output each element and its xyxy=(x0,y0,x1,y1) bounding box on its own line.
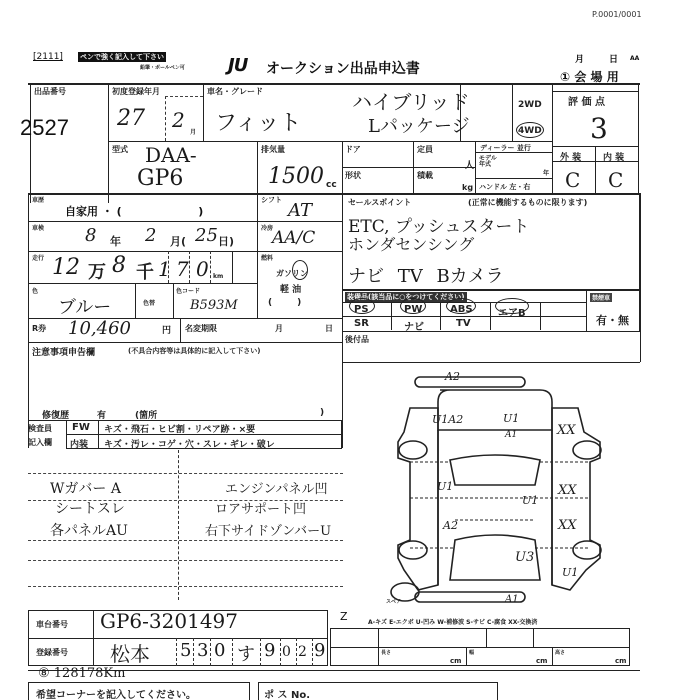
shape-label: 形状 xyxy=(345,170,361,181)
divider xyxy=(232,251,233,283)
color-label: 色 xyxy=(32,286,38,295)
height-cm: cm xyxy=(615,657,626,665)
divider xyxy=(296,638,297,666)
rule xyxy=(28,473,343,474)
chassis-number: GP6-3201497 xyxy=(100,609,238,633)
divider xyxy=(165,96,166,141)
damage-mark: U1 xyxy=(503,412,519,425)
plate-digit: 9 xyxy=(314,640,325,661)
divider xyxy=(533,628,534,647)
capacity-unit: 人 xyxy=(465,158,474,171)
inspector-label-1: 検査員 xyxy=(28,423,52,434)
grade-line1: ハイブリッド xyxy=(352,86,470,115)
month-unit: 月 xyxy=(190,127,196,136)
divider xyxy=(28,342,342,343)
divider xyxy=(280,638,281,666)
model-grade-label: 車名・グレード xyxy=(207,86,263,97)
inspector-label-2: 記入欄 xyxy=(28,437,52,448)
usage-label: 車歴 xyxy=(32,195,44,204)
divider xyxy=(257,141,258,193)
drive-2wd: 2WD xyxy=(518,100,542,110)
chassis-label: 車台番号 xyxy=(36,619,68,630)
divider xyxy=(210,251,211,283)
accessories-label: 後付品 xyxy=(345,334,369,345)
equip-ps-circle xyxy=(349,298,375,314)
fuel-gasoline-circle xyxy=(292,260,308,280)
fuel-other: ( ) xyxy=(268,298,301,308)
capacity-label: 定員 xyxy=(417,144,433,155)
smoking-value: 有・無 xyxy=(596,312,629,328)
note-left-2: シートスレ xyxy=(55,498,125,518)
sales-points-label: セールスポイント xyxy=(348,197,411,208)
fw-items: キズ・飛石・ヒビ割・リペア跡・×要 xyxy=(104,422,255,435)
location-close: ) xyxy=(320,408,324,418)
handle-label: ハンドル 左・右 xyxy=(479,182,530,192)
model-code-line1: DAA- xyxy=(145,143,197,167)
divider xyxy=(260,638,261,666)
exterior-label: 外 装 xyxy=(560,150,581,163)
divider xyxy=(28,638,328,639)
mileage-man-unit: 万 xyxy=(88,258,106,284)
equip-airbag-circle xyxy=(495,298,529,314)
damage-mark: A1 xyxy=(505,594,519,605)
inspection-day-unit: 日) xyxy=(218,233,234,249)
plate-digit: す xyxy=(237,640,255,666)
form-title: オークション出品申込書 xyxy=(266,58,420,78)
car-name: フィット xyxy=(215,106,301,137)
color-code: B593M xyxy=(190,298,238,313)
width-cm: cm xyxy=(536,657,547,665)
divider xyxy=(203,83,204,141)
interior-label: 内 装 xyxy=(603,150,624,163)
first-reg-year: 27 xyxy=(117,106,145,131)
plate-label: 登録番号 xyxy=(36,647,68,658)
month-label: 月 xyxy=(575,52,584,65)
name-change-label: 名変期限 xyxy=(185,323,217,334)
plate-digit: 2 xyxy=(298,644,307,660)
damage-mark: A2 xyxy=(445,370,460,383)
divider xyxy=(189,251,190,283)
corner-notice: 希望コーナーを記入してください。 xyxy=(36,686,196,700)
usage-value: 自家用 ・ ( ) xyxy=(65,203,203,219)
notes-label: 注意事項申告欄 xyxy=(32,345,95,358)
divider xyxy=(638,83,639,193)
damage-mark: U1 xyxy=(522,494,538,507)
rule xyxy=(28,540,343,541)
lot-number: 2527 xyxy=(20,115,69,141)
pen-notice: ペンで強く記入して下さい xyxy=(78,52,166,62)
cc-unit: cc xyxy=(326,180,337,190)
divider xyxy=(98,420,99,449)
score-label: 評 価 点 xyxy=(568,93,605,108)
inspection-label: 車検 xyxy=(32,223,44,232)
notes-sub: (不具合内容等は具体的に記入して下さい) xyxy=(128,346,260,356)
first-reg-label: 初度登録年月 xyxy=(112,86,160,97)
divider xyxy=(173,283,174,318)
damage-mark: U3 xyxy=(515,550,534,565)
divider xyxy=(135,283,136,318)
model-code-label: 型式 xyxy=(112,144,128,155)
shift-label: シフト xyxy=(261,195,282,205)
mileage-man: 12 xyxy=(52,255,80,280)
odometer-note: ⑧ 128178Km xyxy=(38,666,125,681)
damage-mark: XX xyxy=(558,518,577,533)
shift: AT xyxy=(288,200,312,221)
plate-digit: 9 xyxy=(264,640,275,661)
divider xyxy=(210,638,211,666)
name-change-day: 日 xyxy=(325,323,333,334)
pos-label: ポ ス No. xyxy=(264,686,310,700)
divider xyxy=(312,638,313,666)
score: 3 xyxy=(590,112,608,145)
divider xyxy=(165,96,203,97)
color-value: ブルー xyxy=(58,293,111,319)
mileage-digit-3: 0 xyxy=(196,257,209,281)
damage-mark: U1 xyxy=(437,480,453,493)
fuel-label: 燃料 xyxy=(261,253,273,262)
inspection-year-value: 8 xyxy=(85,225,96,246)
divider xyxy=(330,647,630,648)
sales-points-note: (正常に機能するものに限ります) xyxy=(468,197,587,208)
divider xyxy=(475,178,552,179)
interior-items: キズ・汚レ・コゲ・穴・スレ・ギレ・破レ xyxy=(104,437,275,450)
fax-page-number: P.0001/0001 xyxy=(592,10,642,19)
divider xyxy=(540,302,541,330)
repaint-label: 色替 xyxy=(143,298,155,307)
inspection-month-unit: 月( xyxy=(170,233,186,249)
ac: AA/C xyxy=(272,228,315,248)
grade-line2: Lパッケージ xyxy=(368,112,470,138)
door-label: ドア xyxy=(345,144,361,155)
plate-digit: 0 xyxy=(282,644,291,660)
first-reg-month: 2 xyxy=(172,108,185,132)
pen-sub: 鉛筆・ボールペン可 xyxy=(140,64,185,71)
mileage-sen: 8 xyxy=(112,253,126,278)
divider xyxy=(586,290,587,332)
equip-navi: ナビ xyxy=(404,318,424,333)
fuel-diesel: 軽 油 xyxy=(280,282,301,295)
equip-abs-circle xyxy=(446,298,476,314)
form-code: [2111] xyxy=(33,52,63,62)
divider xyxy=(552,647,553,666)
divider xyxy=(391,302,392,330)
km-unit: km xyxy=(213,273,223,280)
note-right-1: エンジンパネル凹 xyxy=(225,478,327,497)
divider xyxy=(552,91,638,92)
damage-mark: XX xyxy=(557,423,576,438)
inspection-day-value: 25 xyxy=(195,225,218,246)
recycle-value: 10,460 xyxy=(68,318,131,339)
sales-point-line3: ナビ TV Bカメラ xyxy=(348,262,504,288)
interior-grade: C xyxy=(608,168,623,192)
equip-tv: TV xyxy=(456,318,471,329)
fw-label: FW xyxy=(72,422,90,433)
z-label: Z xyxy=(340,610,348,623)
displacement-label: 排気量 xyxy=(261,144,285,155)
divider xyxy=(193,638,194,666)
ju-logo: JU xyxy=(228,55,247,76)
equip-sr: SR xyxy=(354,318,369,329)
spare-label: スペア xyxy=(386,598,401,605)
divider xyxy=(490,302,491,330)
load-unit: kg xyxy=(462,183,473,192)
height-label: 高さ xyxy=(555,649,565,656)
sales-point-line2: ホンダセンシング xyxy=(348,232,474,255)
top-border xyxy=(28,83,640,85)
day-label: 日 xyxy=(609,52,618,65)
divider xyxy=(176,638,177,666)
yen-unit: 円 xyxy=(162,323,171,336)
name-change-month: 月 xyxy=(275,323,283,334)
exterior-grade: C xyxy=(565,168,580,192)
divider xyxy=(108,141,552,142)
mileage-digit-2: 7 xyxy=(176,257,189,281)
damage-mark: A2 xyxy=(443,519,458,532)
model-year-label: モデル年式 xyxy=(479,156,499,168)
divider xyxy=(93,610,94,666)
inspection-month-value: 2 xyxy=(145,225,156,246)
width-label: 幅 xyxy=(469,649,474,656)
divider xyxy=(466,647,467,666)
length-cm: cm xyxy=(450,657,461,665)
note-right-2: ロアサポート凹 xyxy=(215,498,306,517)
car-damage-diagram xyxy=(390,370,620,605)
aa-label: AA xyxy=(630,55,639,62)
smoking-label: 禁煙車 xyxy=(590,293,612,302)
mileage-digit-1: 1 xyxy=(158,257,171,281)
divider xyxy=(440,302,441,330)
divider xyxy=(28,193,29,448)
divider xyxy=(512,83,513,141)
damage-legend: A-キズ E-エクボ U-凹み W-補修波 S-サビ C-腐食 XX-交換済 xyxy=(368,617,537,626)
inspection-year-unit: 年 xyxy=(110,233,121,249)
length-label: 長さ xyxy=(381,649,391,656)
rule xyxy=(28,586,343,587)
model-code-line2: GP6 xyxy=(137,166,183,191)
drive-4wd-circle xyxy=(516,122,544,138)
color-code-label: 色コード xyxy=(176,286,200,295)
plate-digit: 5 xyxy=(180,640,191,661)
displacement: 1500 xyxy=(268,164,324,189)
divider xyxy=(232,638,233,666)
divider xyxy=(108,83,109,203)
divider xyxy=(30,83,31,203)
divider xyxy=(475,141,476,193)
divider xyxy=(28,251,342,252)
dealer-label: ディーラー 並行 xyxy=(480,143,531,153)
damage-mark: A1 xyxy=(505,430,517,440)
plate-digit: 3 xyxy=(197,640,208,661)
interior-insp-label: 内装 xyxy=(70,437,88,450)
divider xyxy=(552,83,553,193)
model-year-unit: 年 xyxy=(543,168,549,177)
plate-region: 松本 xyxy=(110,638,150,667)
note-left-3: 各パネルAU xyxy=(50,520,128,540)
divider xyxy=(342,316,586,317)
divider xyxy=(378,628,379,666)
mileage-label: 走行 xyxy=(32,253,44,262)
divider xyxy=(342,167,475,168)
load-label: 積載 xyxy=(417,170,433,181)
divider xyxy=(595,146,596,193)
divider xyxy=(486,628,487,647)
damage-mark: U1A2 xyxy=(432,413,463,426)
equip-pw-circle xyxy=(400,298,426,314)
plate-digit: 0 xyxy=(214,640,225,661)
damage-mark: U1 xyxy=(562,566,578,579)
note-right-3: 右下サイドゾンバーU xyxy=(205,520,331,539)
divider xyxy=(640,193,641,362)
divider xyxy=(257,193,258,318)
divider xyxy=(342,362,640,363)
lot-number-label: 出品番号 xyxy=(34,86,66,97)
divider xyxy=(180,318,181,342)
recycle-label: R券 xyxy=(32,323,46,334)
rule xyxy=(28,560,343,561)
mileage-sen-unit: 千 xyxy=(136,258,154,284)
divider xyxy=(28,221,342,222)
note-left-1: Wガバー A xyxy=(50,478,121,498)
damage-mark: XX xyxy=(558,483,577,498)
